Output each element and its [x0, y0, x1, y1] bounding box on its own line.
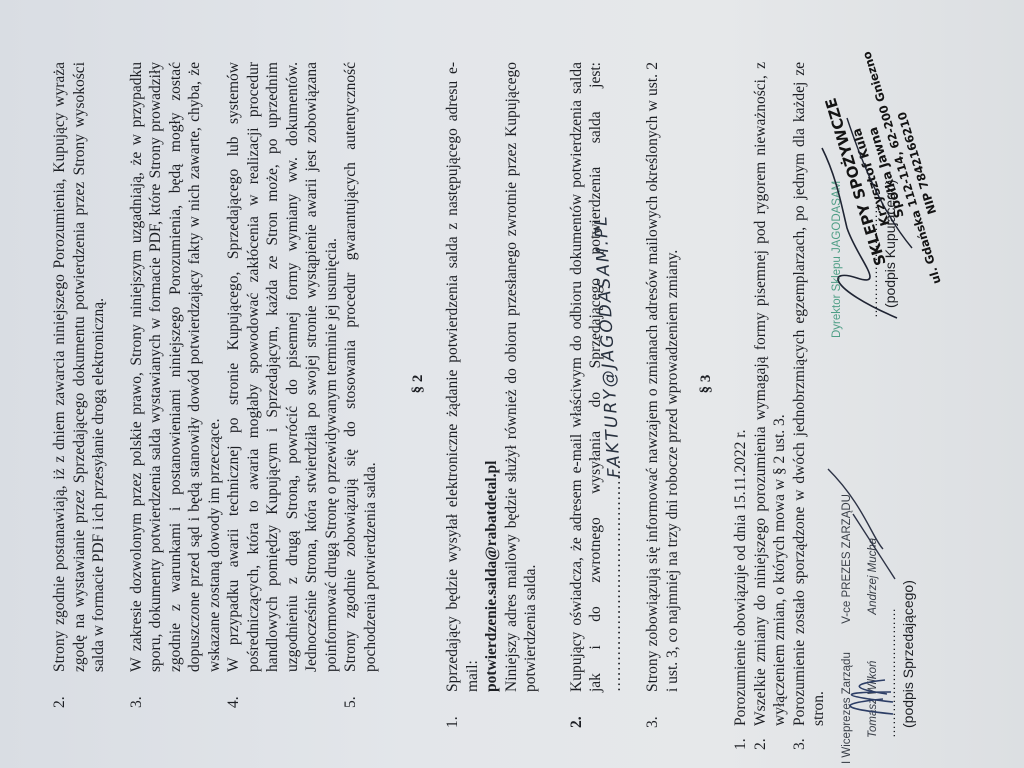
item-number: 3. — [643, 716, 663, 728]
item-number: 5. — [341, 696, 361, 708]
buyer-handwritten-signature-icon — [817, 48, 927, 348]
item-text: Sprzedający będzie wysyłał elektroniczne… — [443, 62, 541, 692]
section-3-items: 1. Porozumienie obowiązuje od dnia 15.11… — [731, 62, 829, 750]
sec3-item-2: 2. Wszelkie zmiany do niniejszego porozu… — [751, 62, 790, 750]
item-text: W zakresie dozwolonym przez polskie praw… — [127, 62, 225, 672]
section-1-items: 2. Strony zgodnie postanawiają, iż z dni… — [50, 62, 380, 708]
section-2-items: 1. Sprzedający będzie wysyłał elektronic… — [443, 62, 682, 728]
buyer-signature-block: Dyrektor Sklepu JAGODASAM ………………………… (po… — [831, 8, 898, 338]
sec2-item-3: 3. Strony zobowiązują się informować naw… — [643, 62, 682, 728]
sec1-item-3: 3. W zakresie dozwolonym przez polskie p… — [127, 62, 225, 708]
return-text: Niniejszy adres mailowy będzie służył ró… — [503, 62, 540, 692]
item-text: Wszelkie zmiany do niniejszego porozumie… — [751, 62, 790, 726]
item-text: Strony zobowiązują się informować nawzaj… — [643, 62, 682, 692]
seller-signature-block: I Wiceprezes Zarządu V-ce PREZES ZARZĄDU… — [841, 434, 916, 764]
request-text: Sprzedający będzie wysyłał elektroniczne… — [444, 62, 481, 692]
section-2-heading: § 2 — [410, 0, 427, 768]
scanned-document-page: 2. Strony zgodnie postanawiają, iż z dni… — [0, 0, 1024, 768]
sec1-item-5: 5. Strony zgodnie zobowiązują się do sto… — [341, 62, 380, 708]
sec2-item-2: 2. Kupujący oświadcza, że adresem e-mail… — [567, 62, 626, 728]
item-number: 3. — [127, 696, 147, 708]
item-number: 2. — [751, 738, 771, 750]
item-text: Porozumienie obowiązuje od dnia 15.11.20… — [731, 62, 751, 726]
item-text: Strony zgodnie postanawiają, iż z dniem … — [50, 62, 109, 672]
item-number: 1. — [443, 716, 463, 728]
seller-handwritten-signature-icon — [823, 454, 913, 754]
item-number: 2. — [567, 716, 587, 728]
signatures: I Wiceprezes Zarządu V-ce PREZES ZARZĄDU… — [837, 0, 1017, 768]
sec1-item-2: 2. Strony zgodnie postanawiają, iż z dni… — [50, 62, 109, 708]
section-3-heading: § 3 — [698, 0, 715, 768]
item-number: 4. — [224, 696, 244, 708]
sec1-item-4: 4. W przypadku awarii technicznej po str… — [224, 62, 341, 708]
item-text: Strony zgodnie zobowiązują się do stosow… — [341, 62, 380, 672]
sec2-item-1: 1. Sprzedający będzie wysyłał elektronic… — [443, 62, 541, 728]
item-text: W przypadku awarii technicznej po stroni… — [224, 62, 341, 672]
sec3-item-1: 1. Porozumienie obowiązuje od dnia 15.11… — [731, 62, 751, 750]
item-number: 2. — [50, 696, 70, 708]
item-number: 1. — [731, 738, 751, 750]
seller-email: potwierdzenie.salda@rabatdetal.pl — [483, 461, 500, 692]
item-number: 3. — [790, 738, 810, 750]
